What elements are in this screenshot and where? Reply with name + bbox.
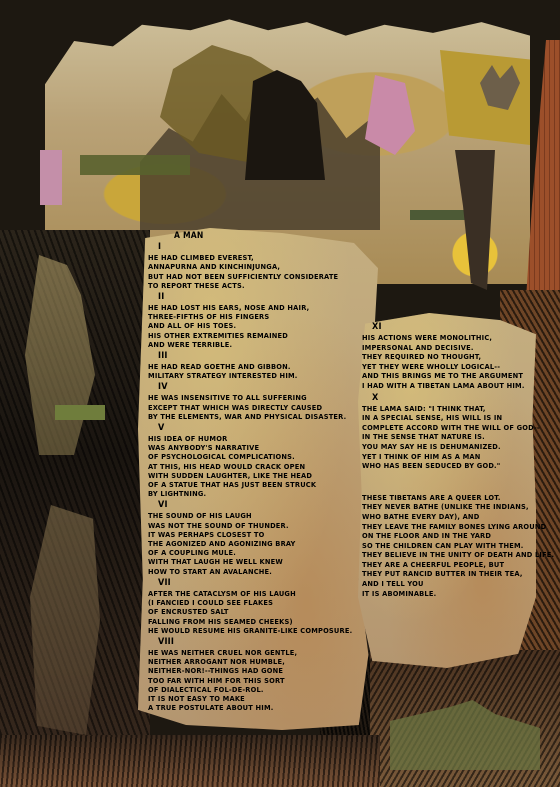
poem-line: OF PSYCHOLOGICAL COMPLICATIONS. [148, 452, 378, 461]
left-green-patch [55, 405, 105, 420]
poem-line: MILITARY STRATEGY INTERESTED HIM. [148, 371, 378, 380]
poem-line: WAS NOT THE SOUND OF THUNDER. [148, 521, 378, 530]
poem-line: THEY PUT RANCID BUTTER IN THEIR TEA, [362, 569, 537, 579]
poem-line: NEITHER-NOR!--THINGS HAD GONE [148, 666, 378, 675]
poem-section: VIIIHE WAS NEITHER CRUEL NOR GENTLE,NEIT… [148, 637, 378, 712]
poem-line: BUT HAD NOT BEEN SUFFICIENTLY CONSIDERAT… [148, 272, 378, 281]
section-numeral: IV [148, 382, 378, 393]
poem-line: HIS ACTIONS WERE MONOLITHIC, [362, 333, 537, 343]
poem-line: WITH SUDDEN LAUGHTER, LIKE THE HEAD [148, 471, 378, 480]
poem-line: THESE TIBETANS ARE A QUEER LOT. [362, 493, 537, 503]
bottom-hatched-strip [0, 735, 380, 787]
poem-line: THE LAMA SAID: "I THINK THAT, [362, 404, 537, 414]
poem-section: VHIS IDEA OF HUMORWAS ANYBODY'S NARRATIV… [148, 423, 378, 498]
poem-line: HE HAD CLIMBED EVEREST, [148, 253, 378, 262]
poem-line: AND I TELL YOU [362, 579, 537, 589]
poem-line: IMPERSONAL AND DECISIVE. [362, 343, 537, 353]
poem-right-column: XIHIS ACTIONS WERE MONOLITHIC,IMPERSONAL… [362, 322, 537, 600]
poem-line: OF A STATUE THAT HAS JUST BEEN STRUCK [148, 480, 378, 489]
poem-line: IT IS NOT EASY TO MAKE [148, 694, 378, 703]
poem-line: AFTER THE CATACLYSM OF HIS LAUGH [148, 589, 378, 598]
poem-line: IT IS ABOMINABLE. [362, 589, 537, 599]
poem-line: COMPLETE ACCORD WITH THE WILL OF GOD-- [362, 423, 537, 433]
poem-line: HIS IDEA OF HUMOR [148, 434, 378, 443]
poem-line: SO THE CHILDREN CAN PLAY WITH THEM. [362, 541, 537, 551]
poem-line: THEY NEVER BATHE (UNLIKE THE INDIANS, [362, 502, 537, 512]
poem-line: EXCEPT THAT WHICH WAS DIRECTLY CAUSED [148, 403, 378, 412]
poem-line: HE WAS INSENSITIVE TO ALL SUFFERING [148, 393, 378, 402]
poem-line: WHO BATHE EVERY DAY), AND [362, 512, 537, 522]
green-band [80, 155, 190, 175]
poem-line: BY THE ELEMENTS, WAR AND PHYSICAL DISAST… [148, 412, 378, 421]
section-numeral: VI [148, 500, 378, 511]
poem-line: HE HAD READ GOETHE AND GIBBON. [148, 362, 378, 371]
poem-line: OF ENCRUSTED SALT [148, 607, 378, 616]
pink-figure-small [40, 150, 62, 205]
poem-section: VIIAFTER THE CATACLYSM OF HIS LAUGH(I FA… [148, 578, 378, 635]
poem-section: IIIHE HAD READ GOETHE AND GIBBON.MILITAR… [148, 351, 378, 380]
poem-line: THEY REQUIRED NO THOUGHT, [362, 352, 537, 362]
poem-line: THE AGONIZED AND AGONIZING BRAY [148, 539, 378, 548]
poem-line: WITH THAT LAUGH HE WELL KNEW [148, 557, 378, 566]
poem-line: WHO HAS BEEN SEDUCED BY GOD." [362, 461, 537, 471]
poem-section: VITHE SOUND OF HIS LAUGHWAS NOT THE SOUN… [148, 500, 378, 575]
poem-line: HIS OTHER EXTREMITIES REMAINED [148, 331, 378, 340]
poem-line: HE HAD LOST HIS EARS, NOSE AND HAIR, [148, 303, 378, 312]
poem-line: YET THEY WERE WHOLLY LOGICAL-- [362, 362, 537, 372]
poem-line: ON THE FLOOR AND IN THE YARD [362, 531, 537, 541]
poem-line: NEITHER ARROGANT NOR HUMBLE, [148, 657, 378, 666]
poem-line: THEY ARE A CHEERFUL PEOPLE, BUT [362, 560, 537, 570]
poem-line: THEY LEAVE THE FAMILY BONES LYING AROUND [362, 522, 537, 532]
poem-line: TOO FAR WITH HIM FOR THIS SORT [148, 676, 378, 685]
poem-line: YOU MAY SAY HE IS DEHUMANIZED. [362, 442, 537, 452]
section-spacer [362, 473, 537, 493]
poem-line: AND THIS BRINGS ME TO THE ARGUMENT [362, 371, 537, 381]
section-numeral: VIII [148, 637, 378, 648]
poem-line: HE WAS NEITHER CRUEL NOR GENTLE, [148, 648, 378, 657]
etching-artwork: A MAN IHE HAD CLIMBED EVEREST,ANNAPURNA … [0, 0, 560, 787]
section-numeral: II [148, 292, 378, 303]
poem-line: IN A SPECIAL SENSE, HIS WILL IS IN [362, 413, 537, 423]
poem-section: THESE TIBETANS ARE A QUEER LOT.THEY NEVE… [362, 473, 537, 599]
green-band-small [410, 210, 470, 220]
poem-line: THE SOUND OF HIS LAUGH [148, 511, 378, 520]
poem-section: IVHE WAS INSENSITIVE TO ALL SUFFERINGEXC… [148, 382, 378, 421]
poem-line: ANNAPURNA AND KINCHINJUNGA, [148, 262, 378, 271]
poem-line: A TRUE POSTULATE ABOUT HIM. [148, 703, 378, 712]
poem-line: IT WAS PERHAPS CLOSEST TO [148, 530, 378, 539]
poem-line: AT THIS, HIS HEAD WOULD CRACK OPEN [148, 462, 378, 471]
poem-section: XTHE LAMA SAID: "I THINK THAT,IN A SPECI… [362, 393, 537, 471]
poem-line: I HAD WITH A TIBETAN LAMA ABOUT HIM. [362, 381, 537, 391]
poem-line: OF A COUPLING MULE. [148, 548, 378, 557]
poem-title: A MAN [148, 232, 378, 241]
poem-line: IN THE SENSE THAT NATURE IS. [362, 432, 537, 442]
poem-line: BY LIGHTNING. [148, 489, 378, 498]
section-numeral: VII [148, 578, 378, 589]
poem-line: AND WERE TERRIBLE. [148, 340, 378, 349]
poem-line: HE WOULD RESUME HIS GRANITE-LIKE COMPOSU… [148, 626, 378, 635]
section-numeral: XI [362, 322, 537, 333]
poem-line: WAS ANYBODY'S NARRATIVE [148, 443, 378, 452]
poem-line: YET I THINK OF HIM AS A MAN [362, 452, 537, 462]
section-numeral: I [148, 242, 378, 253]
poem-section: XIHIS ACTIONS WERE MONOLITHIC,IMPERSONAL… [362, 322, 537, 391]
poem-line: FALLING FROM HIS SEAMED CHEEKS) [148, 617, 378, 626]
poem-line: TO REPORT THESE ACTS. [148, 281, 378, 290]
poem-line: (I FANCIED I COULD SEE FLAKES [148, 598, 378, 607]
poem-line: AND ALL OF HIS TOES. [148, 321, 378, 330]
poem-section: IHE HAD CLIMBED EVEREST,ANNAPURNA AND KI… [148, 242, 378, 290]
section-numeral: III [148, 351, 378, 362]
section-numeral: X [362, 393, 537, 404]
poem-left-column: A MAN IHE HAD CLIMBED EVEREST,ANNAPURNA … [148, 232, 378, 714]
poem-line: THEY BELIEVE IN THE UNITY OF DEATH AND L… [362, 550, 537, 560]
poem-line: THREE-FIFTHS OF HIS FINGERS [148, 312, 378, 321]
section-numeral: V [148, 423, 378, 434]
poem-line: OF DIALECTICAL FOL-DE-ROL. [148, 685, 378, 694]
gold-banner [440, 50, 530, 145]
poem-section: IIHE HAD LOST HIS EARS, NOSE AND HAIR,TH… [148, 292, 378, 349]
rust-pillar [525, 40, 560, 315]
poem-line: HOW TO START AN AVALANCHE. [148, 567, 378, 576]
